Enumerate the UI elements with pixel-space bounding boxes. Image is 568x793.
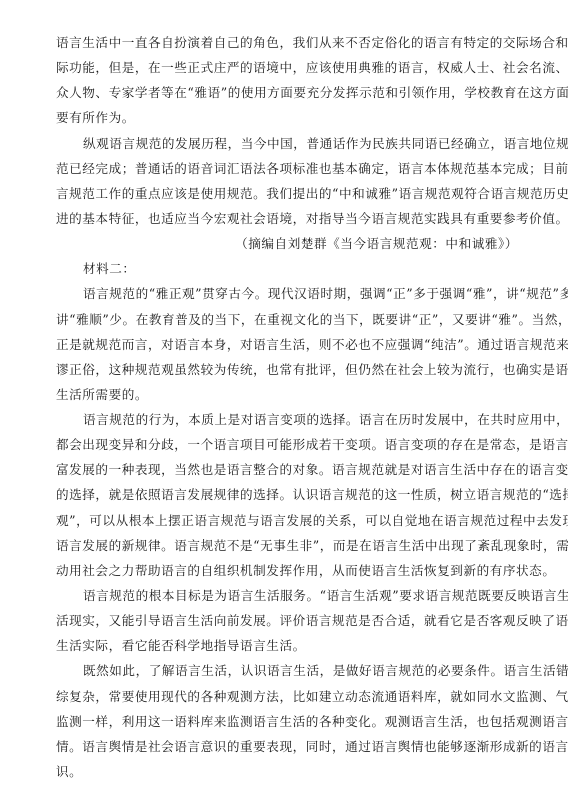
text-line: 语言发展的新规律。语言规范不是“无事生非”，而是在语言生活中出现了紊乱现象时，需… [56,536,520,556]
text-line: 语言生活中一直各自扮演着自己的角色，我们从来不否定俗化的语言有特定的交际场合和交 [56,33,520,53]
text-line: 生活所需要的。 [56,385,520,405]
text-line: 动用社会之力帮助语言的自组织机制发挥作用，从而使语言生活恢复到新的有序状态。 [56,561,520,581]
text-line: 正是就规范而言，对语言本身，对语言生活，则不必也不应强调“纯洁”。通过语言规范来… [56,335,520,355]
text-line: 讲“雅顺”少。在教育普及的当下，在重视文化的当下，既要讲“正”，又要讲“雅”。当… [56,310,520,330]
text-line: 要有所作为。 [56,108,520,128]
text-line: 的选择，就是依照语言发展规律的选择。认识语言规范的这一性质，树立语言规范的“选择 [56,485,520,505]
text-line: 言规范工作的重点应该是使用规范。我们提出的“中和诚雅”语言规范观符合语言规范历史… [56,184,520,204]
text-line: 识。 [56,762,520,782]
text-line: 范已经完成；普通话的语音词汇语法各项标准也基本确定，语言本体规范基本完成；目前语 [56,159,520,179]
text-line: 众人物、专家学者等在“雅语”的使用方面要充分发挥示范和引领作用，学校教育在这方面… [56,83,520,103]
text-line: 语言规范的根本目标是为语言生活服务。“语言生活观”要求语言规范既要反映语言生 [83,586,520,606]
section-heading: 材料二： [83,259,520,279]
text-line: 综复杂，常要使用现代的各种观测方法，比如建立动态流通语料库，就如同水文监测、气象 [56,687,520,707]
text-line: 生活实际，看它能否科学地指导语言生活。 [56,636,520,656]
text-line: 情。语言舆情是社会语言意识的重要表现，同时，通过语言舆情也能够逐渐形成新的语言意 [56,737,520,757]
text-line: 富发展的一种表现，当然也是语言整合的对象。语言规范就是对语言生活中存在的语言变项 [56,460,520,480]
text-line: 活现实，又能引导语言生活向前发展。评价语言规范是否合适，就看它是否客观反映了语言 [56,611,520,631]
text-line: 都会出现变异和分歧，一个语言项目可能形成若干变项。语言变项的存在是常态，是语言丰 [56,435,520,455]
text-line: 语言规范的“雅正观”贯穿古今。现代汉语时期，强调“正”多于强调“雅”，讲“规范”… [83,284,520,304]
text-line: 谬正俗，这种规范观虽然较为传统，也常有批评，但仍然在社会上较为流行，也确实是语言 [56,360,520,380]
text-line: 进的基本特征，也适应当今宏观社会语境，对指导当今语言规范实践具有重要参考价值。 [56,209,520,229]
source-citation: （摘编自刘楚群《当今语言规范观：中和诚雅》） [235,234,518,254]
text-line: 监测一样，利用这一语料库来监测语言生活的各种变化。观测语言生活，也包括观测语言舆 [56,712,520,732]
text-line: 纵观语言规范的发展历程，当今中国，普通话作为民族共同语已经确立，语言地位规 [83,134,520,154]
text-line: 既然如此，了解语言生活，认识语言生活，是做好语言规范的必要条件。语言生活错 [83,661,520,681]
text-line: 观”，可以从根本上摆正语言规范与语言发展的关系，可以自觉地在语言规范过程中去发现 [56,511,520,531]
text-line: 语言规范的行为，本质上是对语言变项的选择。语言在历时发展中，在共时应用中， [83,410,520,430]
text-line: 际功能，但是，在一些正式庄严的语境中，应该使用典雅的语言，权威人士、社会名流、公 [56,58,520,78]
document-page: 语言生活中一直各自扮演着自己的角色，我们从来不否定俗化的语言有特定的交际场合和交… [0,0,568,793]
